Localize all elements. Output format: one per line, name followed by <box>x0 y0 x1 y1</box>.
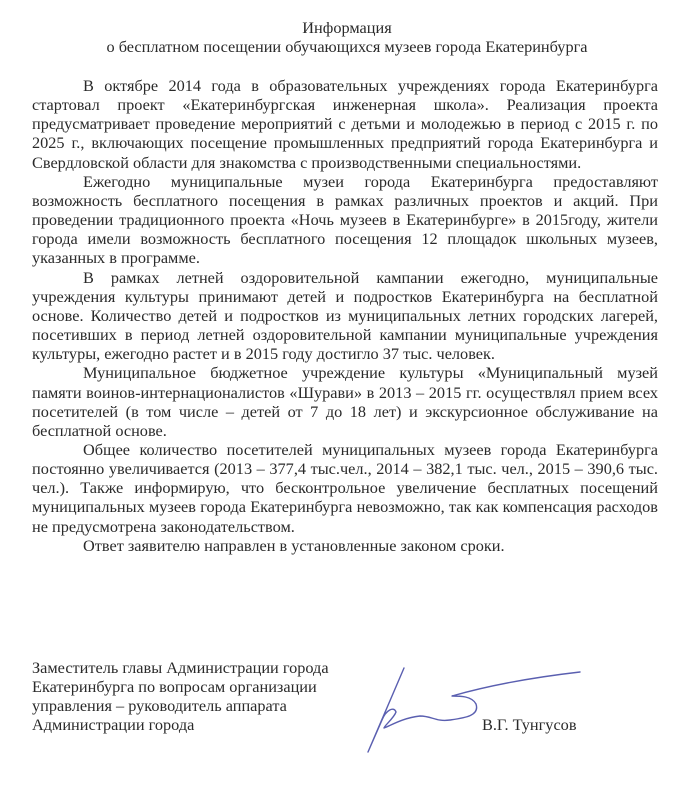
document-body: В октябре 2014 года в образовательных уч… <box>32 76 658 555</box>
signer-name: В.Г. Тунгусов <box>482 715 577 734</box>
paragraph-summer-campaign: В рамках летней оздоровительной кампании… <box>32 268 658 364</box>
document-title: Информация <box>0 18 694 37</box>
paragraph-museum-night: Ежегодно муниципальные музеи города Екат… <box>32 172 658 268</box>
signer-position: Заместитель главы Администрации города Е… <box>32 658 362 734</box>
handwritten-signature-icon <box>360 660 600 760</box>
paragraph-response-note: Ответ заявителю направлен в установленны… <box>32 536 658 555</box>
signer-position-line: управления – руководитель аппарата <box>32 696 362 715</box>
signer-position-line: Заместитель главы Администрации города <box>32 658 362 677</box>
signer-position-line: Екатеринбурга по вопросам организации <box>32 677 362 696</box>
paragraph-visitor-statistics: Общее количество посетителей муниципальн… <box>32 440 658 536</box>
document-subtitle: о бесплатном посещении обучающихся музее… <box>0 37 694 56</box>
paragraph-shuravi-museum: Муниципальное бюджетное учреждение культ… <box>32 363 658 440</box>
signer-position-line: Администрации города <box>32 715 362 734</box>
paragraph-engineering-school: В октябре 2014 года в образовательных уч… <box>32 76 658 172</box>
